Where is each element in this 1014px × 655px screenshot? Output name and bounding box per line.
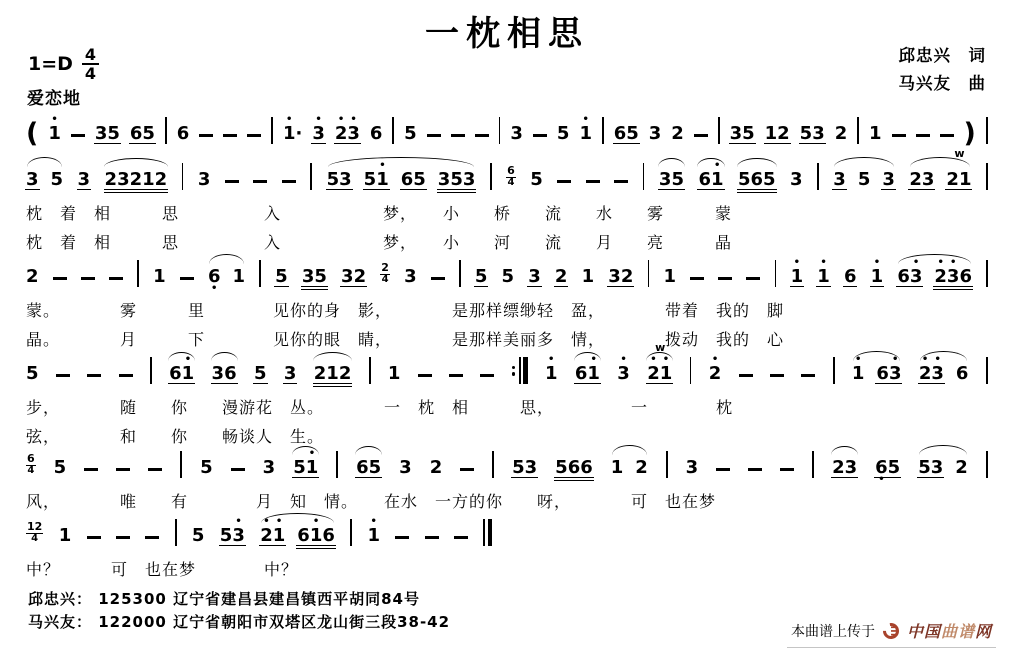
octave-dot-below (202, 189, 205, 196)
meter-change: 64 (26, 454, 36, 475)
octave-dot-below (319, 286, 322, 293)
octave-dot-below (939, 286, 942, 293)
note-token: 3 (263, 450, 276, 484)
duration-dash (801, 374, 815, 377)
note-token: 5 3 (327, 162, 352, 196)
note-token: •2 •3 6 (934, 259, 972, 293)
octave-dot-below (592, 383, 595, 390)
note-token: 2 (671, 116, 684, 150)
duration-dash (180, 277, 194, 280)
barline (182, 163, 184, 190)
note-digit: 3 (608, 259, 621, 293)
note-token: 1 (582, 259, 595, 293)
note-token: 1 (611, 450, 624, 484)
barline (392, 117, 394, 144)
note-token: 6 •3 (897, 259, 922, 293)
octave-dot-below (663, 189, 666, 196)
note-token: 5 •1 (293, 450, 318, 484)
note-token: •2 (709, 356, 722, 390)
note-digit: 6 (356, 450, 369, 484)
slur-arc (658, 158, 685, 167)
octave-dot-below (631, 143, 634, 150)
sheet-music-page: 一枕相思 1=D 4 4 爱恋地 邱忠兴 词 马兴友 曲 (•1 3 5 6 5… (0, 0, 1014, 655)
octave-dot-below (881, 383, 884, 390)
notes-row: 64 5 5 3 5 •1 6 5 3 2 5 3 5 6 6 1 2 3 2 … (26, 438, 988, 484)
note-digit: 6 (401, 162, 414, 196)
octave-dot-below (874, 143, 877, 150)
octave-dot-below (703, 189, 706, 196)
octave-dot-below (317, 143, 320, 150)
octave-dot-below (893, 383, 896, 390)
note-token: 1 (59, 518, 72, 552)
slur-group: •2 •1 6 •1 6 (260, 518, 335, 552)
octave-dot-below (368, 189, 371, 196)
meter-change: 64 (506, 166, 516, 187)
octave-dot-below (310, 477, 313, 484)
note-token: 3 5 (730, 116, 755, 150)
note-digit: •3 (617, 356, 630, 390)
octave-dot-below (960, 383, 963, 390)
note-digit: 1 (582, 259, 595, 293)
duration-dash (225, 180, 239, 183)
time-signature-numerator: 4 (82, 47, 99, 65)
octave-dot-below (963, 189, 966, 196)
note-digit: 3 (404, 259, 417, 293)
note-digit: •1 (545, 356, 558, 390)
note-token: 5 (51, 162, 64, 196)
octave-dot-below (174, 383, 177, 390)
duration-dash (395, 536, 409, 539)
note-token: 6 •1 6 (297, 518, 335, 552)
note-digit: 6 (751, 162, 764, 196)
octave-dot-below (224, 545, 227, 552)
duration-dash (116, 468, 130, 471)
note-token: 3 (26, 162, 39, 196)
duration-dash (71, 134, 85, 137)
note-digit: 1 (663, 259, 676, 293)
note-digit: 2 (832, 450, 845, 484)
note-digit: 6 (370, 116, 383, 150)
octave-dot-below (817, 143, 820, 150)
note-digit: 5 (275, 259, 288, 293)
note-token: 5 (192, 518, 205, 552)
note-digit: 3 (198, 162, 211, 196)
note-digit: 1 (388, 356, 401, 390)
note-token: 3 5 3 (438, 162, 476, 196)
note-token: 2 (430, 450, 443, 484)
meter-change: 24 (380, 263, 390, 284)
octave-dot-below (58, 477, 61, 484)
barline (175, 519, 177, 546)
duration-dash (716, 468, 730, 471)
note-digit: 3 (26, 162, 39, 196)
note-digit: 5 (512, 450, 525, 484)
note-digit: 1 (153, 259, 166, 293)
note-token: 6 •3 (876, 356, 901, 390)
octave-dot-below (318, 383, 321, 390)
octave-dot-below (147, 189, 150, 196)
octave-dot-below (479, 286, 482, 293)
note-digit: •3 (947, 259, 960, 293)
octave-dot-below (361, 477, 364, 484)
note-token: 5 3 (918, 450, 943, 484)
octave-dot-below (331, 189, 334, 196)
lyric-line: 枕 着 相 思 入 梦， 小 桥 流 水 雾 蒙 (26, 203, 988, 225)
octave-dot-below (559, 286, 562, 293)
note-digit: 2 (155, 162, 168, 196)
note-digit: 5 (475, 259, 488, 293)
octave-dot-below (55, 189, 58, 196)
note-digit: 2 (430, 450, 443, 484)
duration-dash (780, 468, 794, 471)
barline (310, 163, 312, 190)
octave-dot-below (237, 545, 240, 552)
duration-dash (748, 468, 762, 471)
octave-dot-below (837, 477, 840, 484)
note-digit: 5 (413, 162, 426, 196)
octave-dot-below (561, 143, 564, 150)
note-digit: 5 (404, 116, 417, 150)
note-digit: 3 (78, 162, 91, 196)
octave-dot-below (849, 477, 852, 484)
note-digit: 5 (220, 518, 233, 552)
octave-dot-below (358, 286, 361, 293)
note-token: 3 (404, 259, 417, 293)
note-digit: 3 (117, 162, 130, 196)
note-token: 6• (208, 259, 221, 293)
duration-dash (109, 277, 123, 280)
note-token: 3 (399, 450, 412, 484)
note-token: 1 (388, 356, 401, 390)
note-digit: 1 (142, 162, 155, 196)
note-token: 2 (835, 116, 848, 150)
octave-dot-below (409, 143, 412, 150)
note-token: 3 (833, 162, 846, 196)
note-token: •3 (312, 116, 325, 150)
octave-dot-below (533, 286, 536, 293)
note-token: 3 6 (212, 356, 237, 390)
duration-dash (694, 134, 708, 137)
site-name: 中国曲谱网 (907, 619, 992, 642)
note-digit: •1 (48, 116, 61, 150)
augmentation-dot: · (295, 116, 302, 150)
note-digit: 3 (263, 450, 276, 484)
note-token: 6 (370, 116, 383, 150)
note-token: 5 3 (512, 450, 537, 484)
barline (150, 357, 152, 384)
barline (165, 117, 167, 144)
octave-dot-below (442, 189, 445, 196)
note-digit: 3 (649, 116, 662, 150)
octave-dot-below (381, 189, 384, 196)
watermark-text: 本曲谱上传于 (791, 621, 875, 641)
octave-dot-below (352, 143, 355, 150)
note-token: 1 (663, 259, 676, 293)
note-digit: 5 (51, 162, 64, 196)
note-token: 6 (844, 259, 857, 293)
note-digit: •3 (347, 116, 360, 150)
octave-dot-below (964, 286, 967, 293)
slur-arc (292, 446, 319, 455)
duration-dash (431, 277, 445, 280)
note-token: •1 (871, 259, 884, 293)
octave-dot-below (147, 143, 150, 150)
octave-dot-below (653, 143, 656, 150)
note-digit: •2 (919, 356, 932, 390)
note-token: 2 (635, 450, 648, 484)
octave-dot-below (31, 383, 34, 390)
slur-arc (697, 158, 724, 167)
barline (812, 451, 814, 478)
note-token: 3 (510, 116, 523, 150)
duration-dash (533, 134, 547, 137)
note-digit: 6 (698, 162, 711, 196)
octave-dot-below (63, 545, 66, 552)
note-token: 6 (956, 356, 969, 390)
slur-group: •1 6 •3 (852, 356, 902, 390)
note-digit: 3 (686, 450, 699, 484)
octave-dot-below (618, 143, 621, 150)
notes-row: 124 1 5 5 •3 •2 •1 6 •1 6 •1 (26, 506, 492, 552)
key-text: 1=D (28, 53, 73, 75)
octave-dot-below (331, 383, 334, 390)
note-digit: •1 (367, 518, 380, 552)
octave-dot-below (848, 286, 851, 293)
note-digit: 3 (463, 162, 476, 196)
note-token: 5 (475, 259, 488, 293)
note-digit: 6 (580, 450, 593, 484)
note-token: 2 3 (832, 450, 857, 484)
octave-dot-below (314, 545, 317, 552)
note-digit: 2 (671, 116, 684, 150)
duration-dash (449, 374, 463, 377)
barline (490, 163, 492, 190)
octave-dot-below (923, 383, 926, 390)
note-digit: •1 (791, 259, 804, 293)
note-digit: 3 (438, 162, 451, 196)
note-token: •1 (367, 518, 380, 552)
octave-dot-below (615, 477, 618, 484)
note-digit: 1 (59, 518, 72, 552)
note-digit: 5 (502, 259, 515, 293)
octave-dot-below (795, 286, 798, 293)
octave-dot-below (265, 545, 268, 552)
octave-dot-below (804, 143, 807, 150)
note-token: 3 2 (341, 259, 366, 293)
repeat-dots (512, 366, 516, 376)
note-token: 3 (528, 259, 541, 293)
note-token: •1 · (283, 116, 302, 150)
barline (666, 451, 668, 478)
note-digit: 3 (528, 259, 541, 293)
slur-arc (574, 352, 601, 361)
note-digit: 6 (876, 356, 889, 390)
note-digit: 3 (399, 450, 412, 484)
notes-row: 5 6 •1 3 6 5 3 2 1 2 1 •1 6 •1 •3 •2 •1 … (26, 344, 988, 390)
octave-dot-below (267, 477, 270, 484)
barline (857, 117, 859, 144)
slur-group: 3 5 (26, 162, 63, 196)
note-digit: 3 (845, 450, 858, 484)
note-digit: 2 (354, 259, 367, 293)
octave-dot-below (181, 143, 184, 150)
octave-dot-below (960, 477, 963, 484)
note-digit: 5 (888, 450, 901, 484)
note-token: •2 •3 (335, 116, 360, 150)
site-name-part: 曲谱 (941, 622, 975, 641)
barline (775, 260, 777, 287)
barline (336, 451, 338, 478)
note-token: 5 •1 (364, 162, 389, 196)
note-digit: 5 (192, 518, 205, 552)
note-token: 6 •1 (698, 162, 723, 196)
note-digit: 6 (956, 356, 969, 390)
note-token: 2 3 (909, 162, 934, 196)
octave-dot-below (287, 143, 290, 150)
octave-dot-below (205, 477, 208, 484)
note-digit: 6 (897, 259, 910, 293)
note-digit: •1 (182, 356, 195, 390)
octave-dot-below (31, 189, 34, 196)
note-token: 5 (200, 450, 213, 484)
octave-dot-below (392, 383, 395, 390)
watermark: 本曲谱上传于 中国曲谱网 (787, 619, 996, 648)
note-token: 5 (530, 162, 543, 196)
octave-dot-below (229, 383, 232, 390)
duration-dash (53, 277, 67, 280)
barline (833, 357, 835, 384)
octave-dot-below (258, 383, 261, 390)
note-digit: 3 (730, 116, 743, 150)
duration-dash (282, 180, 296, 183)
note-digit: 5 (254, 356, 267, 390)
lyric-line: 步， 随 你 漫游花 丛。 一 枕 相 思， 一 枕 (26, 397, 988, 419)
note-digit: •1 (711, 162, 724, 196)
note-token: 3 (882, 162, 895, 196)
octave-dot-below (715, 189, 718, 196)
octave-dot-below (926, 189, 929, 196)
octave-dot-below (186, 383, 189, 390)
note-digit: 6 (322, 518, 335, 552)
octave-dot-below (914, 189, 917, 196)
octave-dot-below (372, 545, 375, 552)
note-digit: 1 (765, 116, 778, 150)
note-digit: 2 (130, 162, 143, 196)
note-token: 3 2 (608, 259, 633, 293)
time-signature-denominator: 4 (85, 65, 96, 81)
note-token: 5 (54, 450, 67, 484)
note-token: •1 (791, 259, 804, 293)
octave-dot-below (856, 383, 859, 390)
note-digit: 5 (671, 162, 684, 196)
contact-info: 邱忠兴： 125300 辽宁省建昌县建昌镇西平胡同84号 马兴友： 122000… (28, 588, 450, 634)
note-digit: •1 (817, 259, 830, 293)
duration-dash (247, 134, 261, 137)
key-signature: 1=D 4 4 (28, 47, 99, 81)
octave-dot-below (755, 189, 758, 196)
slur-arc (355, 446, 382, 455)
octave-dot-below (298, 477, 301, 484)
octave-dot-below (506, 286, 509, 293)
slur-arc (831, 446, 858, 455)
note-token: 3 (649, 116, 662, 150)
note-digit: 5 (54, 450, 67, 484)
barline (459, 260, 461, 287)
note-digit: 2 (314, 356, 327, 390)
octave-dot-below (550, 383, 553, 390)
octave-dot-below (196, 545, 199, 552)
note-digit: 5 (800, 116, 813, 150)
note-token: 1 (232, 259, 245, 293)
octave-dot-below (676, 143, 679, 150)
duration-dash (690, 277, 704, 280)
duration-dash (451, 134, 465, 137)
octave-dot-below (374, 143, 377, 150)
site-name-part: 网 (975, 622, 992, 641)
octave-dot-below (747, 143, 750, 150)
note-digit: 5 (364, 162, 377, 196)
note-digit: 5 (293, 450, 306, 484)
octave-dot-below (288, 383, 291, 390)
note-digit: 6 (568, 450, 581, 484)
octave-dot-below (306, 286, 309, 293)
note-token: 3 (790, 162, 803, 196)
note-digit: •1 (283, 116, 296, 150)
octave-dot-below (455, 189, 458, 196)
duration-dash (892, 134, 906, 137)
barline (492, 451, 494, 478)
site-name-part: 中国 (907, 622, 941, 641)
note-token: 2 (955, 450, 968, 484)
octave-dot-below (713, 383, 716, 390)
octave-dot-below (839, 143, 842, 150)
note-token: 5 6 6 (555, 450, 593, 484)
duration-dash (87, 374, 101, 377)
octave-dot-below (112, 143, 115, 150)
slur-group: 3 5 3 (833, 162, 895, 196)
octave-dot-below (158, 286, 161, 293)
note-digit: •1 (871, 259, 884, 293)
music-system: 2 1 6• 1 5 3 5 3 2 24 3 5 5 3 2 1 3 2 1 … (26, 247, 988, 351)
octave-dot-below (237, 286, 240, 293)
octave-dot-below (652, 383, 655, 390)
note-digit: 5 (738, 162, 751, 196)
note-digit: 2 (26, 259, 39, 293)
note-digit: 5 (763, 162, 776, 196)
note-token: •1 (817, 259, 830, 293)
note-digit: 5 (555, 450, 568, 484)
note-token: 2 (555, 259, 568, 293)
note-token: •3 (617, 356, 630, 390)
octave-dot-below (622, 383, 625, 390)
note-digit: •1 (852, 356, 865, 390)
note-token: 1 (153, 259, 166, 293)
note-token: 5 6 5 (738, 162, 776, 196)
note-token: 6 (177, 116, 190, 150)
duration-dash (119, 374, 133, 377)
octave-dot-below (640, 477, 643, 484)
music-system: 124 1 5 5 •3 •2 •1 6 •1 6 •1 中？ 可 也在梦 中？ (26, 506, 492, 581)
trill-icon: w (655, 341, 664, 354)
note-token: 2 1 w (946, 162, 971, 196)
music-system: 64 5 5 3 5 •1 6 5 3 2 5 3 5 6 6 1 2 3 2 … (26, 438, 988, 513)
note-digit: 6 (575, 356, 588, 390)
duration-dash (148, 468, 162, 471)
note-digit: 5 (858, 162, 871, 196)
octave-dot-below (344, 189, 347, 196)
octave-dot-below (892, 477, 895, 484)
octave-dot-below (535, 189, 538, 196)
